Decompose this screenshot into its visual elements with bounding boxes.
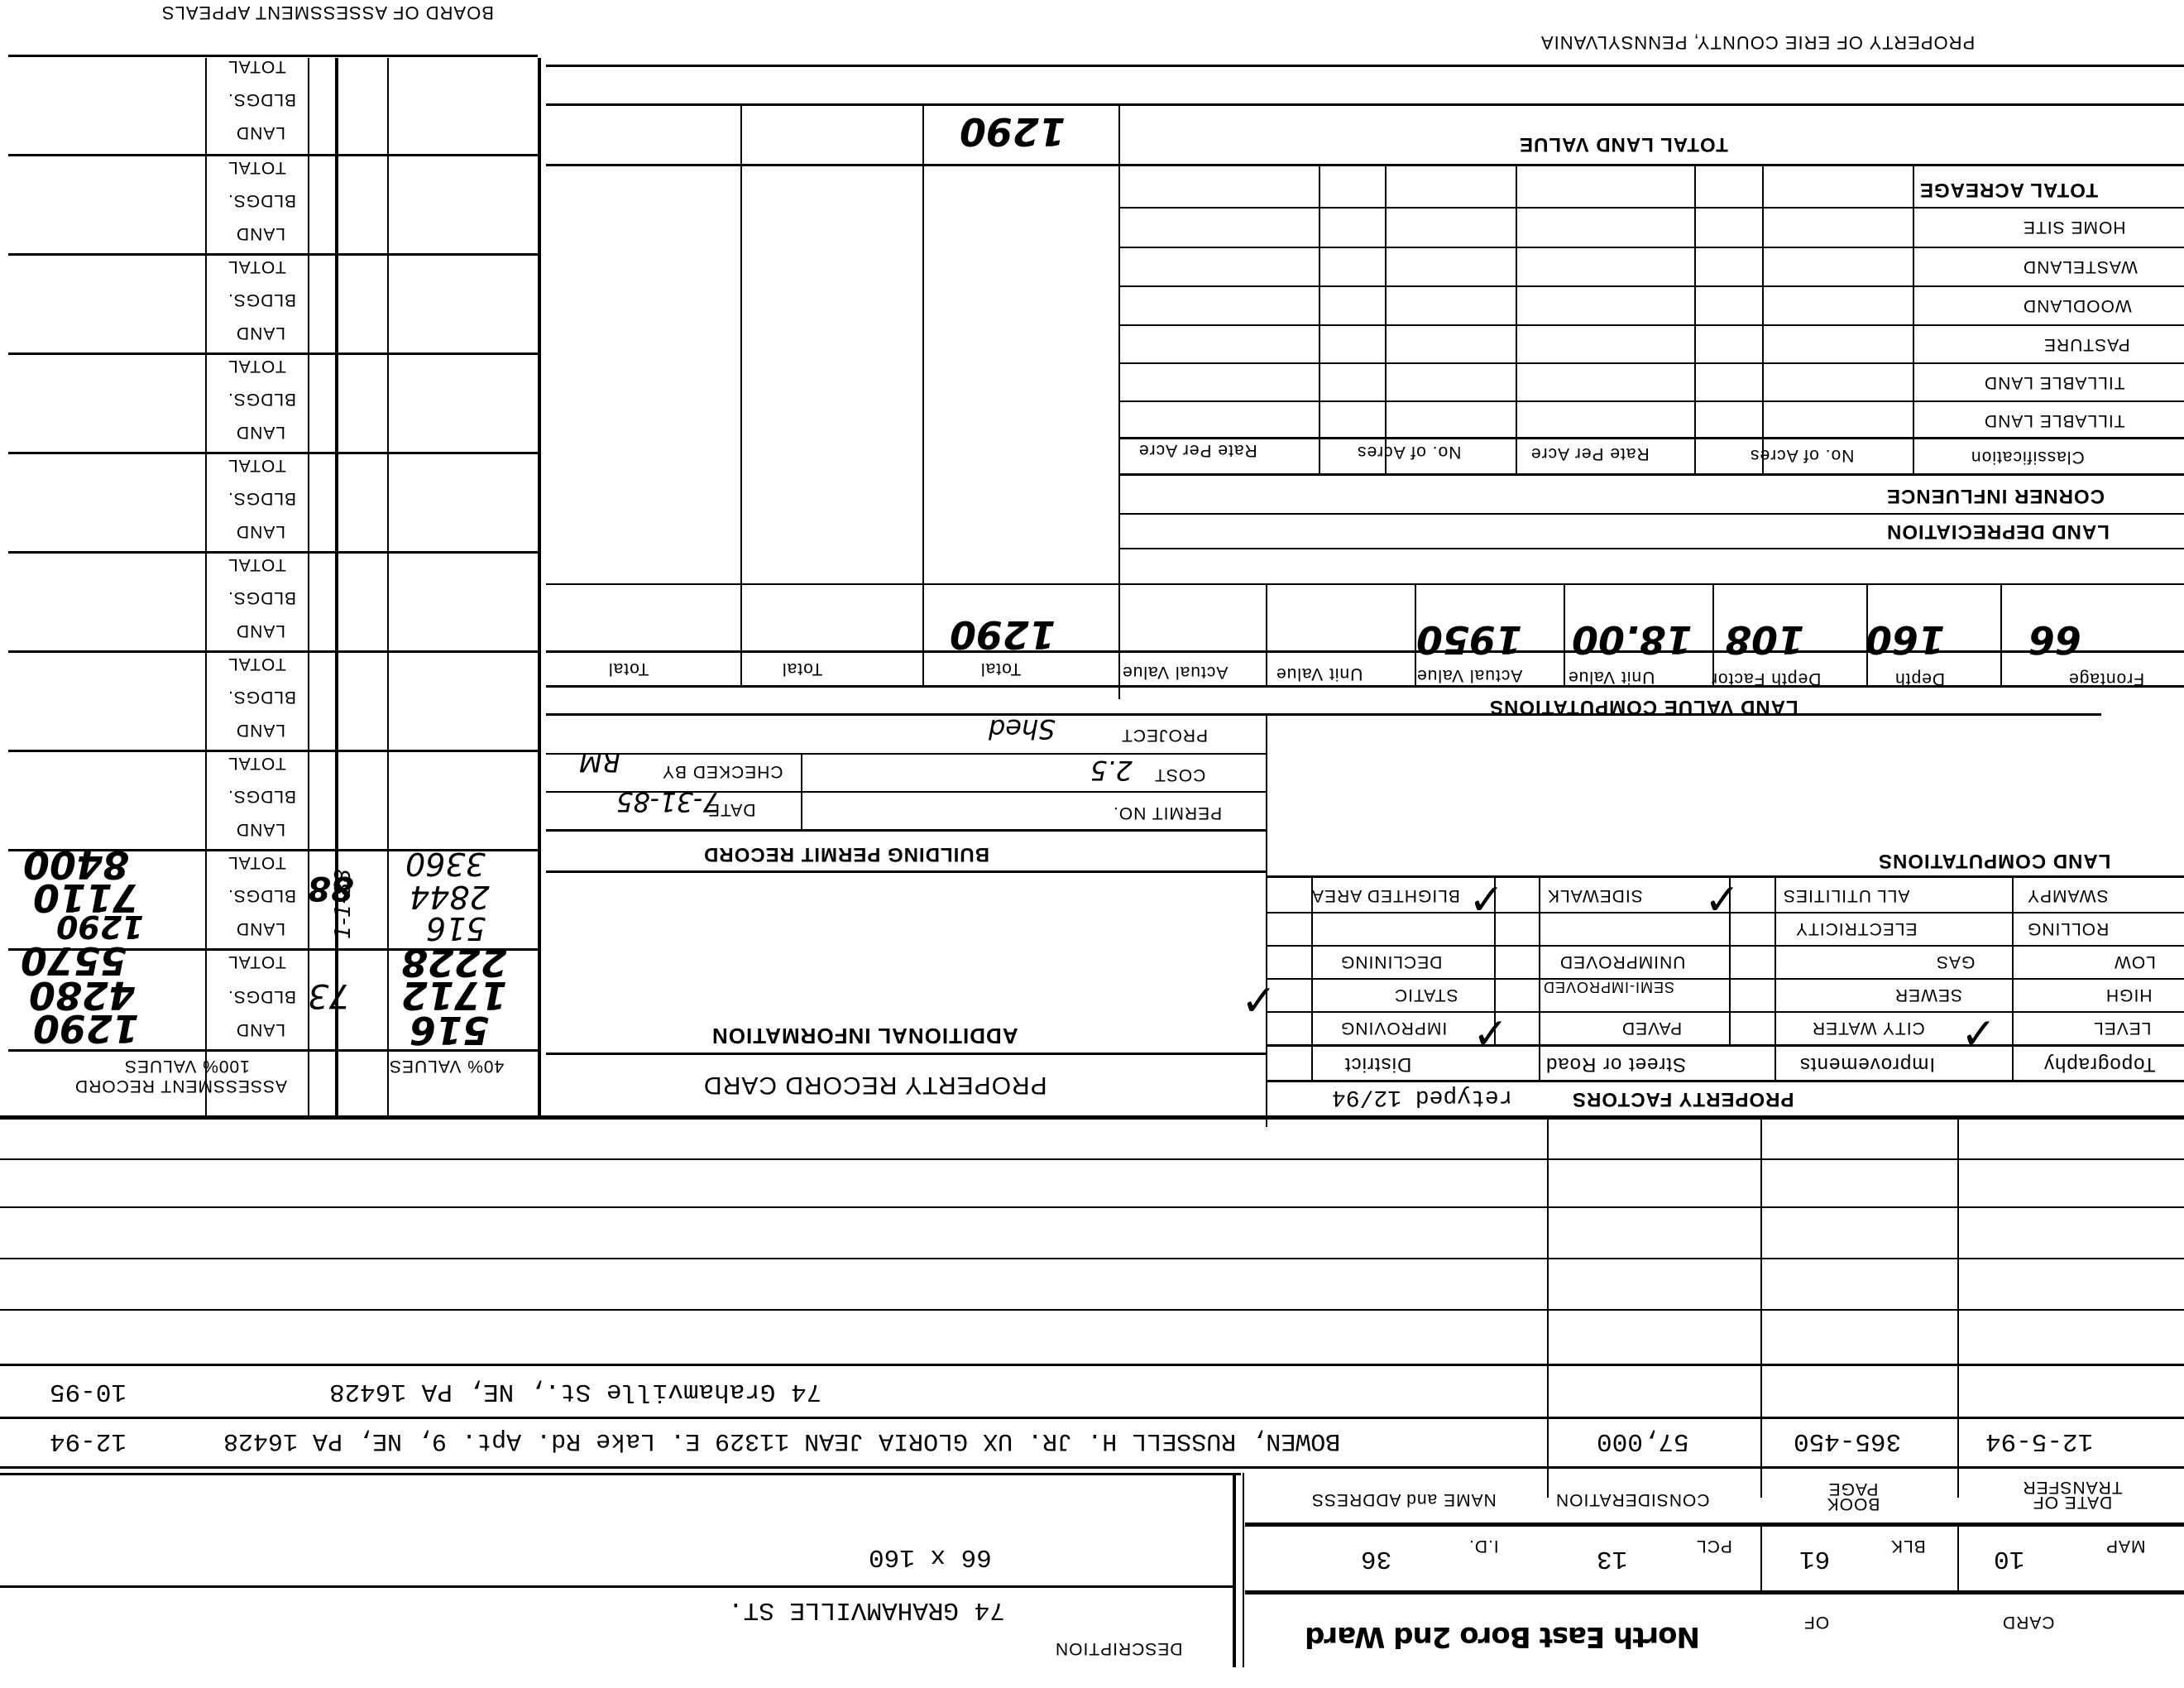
col-rule (1957, 1523, 1959, 1590)
col-rule (2000, 583, 2002, 685)
depth-value: 160 (1865, 617, 1945, 662)
row-land: LAND (236, 720, 285, 740)
col-rule (1516, 164, 1517, 473)
district-static: STATIC (1394, 985, 1458, 1005)
assessment-record-title: ASSESSMENT RECORD (74, 1076, 287, 1096)
row-bldgs: BLDGS. (227, 687, 296, 707)
row-total: TOTAL (227, 753, 286, 773)
of-label: OF (1803, 1612, 1829, 1632)
rule (546, 870, 1266, 873)
impr-electricity: ELECTRICITY (1795, 918, 1918, 938)
row-land: LAND (236, 323, 285, 343)
header-name-and-address: NAME and ADDRESS (1311, 1489, 1497, 1509)
col-rule (801, 753, 802, 829)
transfer-2-date-right: 10-95 (50, 1377, 127, 1406)
total-land-value: 1290 (960, 109, 1066, 154)
transfer-1-name-address: BOWEN, RUSSELL H. JR. UX GLORIA JEAN 113… (223, 1427, 1340, 1455)
rule (546, 713, 2101, 716)
rule (8, 352, 538, 355)
row-total: TOTAL (227, 654, 286, 674)
rule (1118, 285, 2184, 287)
row-bldgs: BLDGS. (227, 587, 296, 607)
id-value: 36 (1361, 1544, 1391, 1573)
rule (8, 750, 538, 752)
land-computations-title: LAND COMPUTATIONS (1878, 849, 2110, 872)
topo-low: LOW (2114, 952, 2156, 971)
description-label: DESCRIPTION (1055, 1638, 1183, 1658)
classification-total-acreage: TOTAL ACREAGE (1919, 178, 2098, 201)
col-rule (740, 103, 742, 685)
row-total: TOTAL (227, 952, 286, 971)
rule (0, 1466, 2184, 1469)
row-bldgs: BLDGS. (227, 986, 296, 1006)
header-total-1: Total (980, 659, 1021, 679)
rule (546, 1053, 1266, 1055)
header-no-of-acres-1: No. of Acres (1750, 445, 1854, 465)
topo-rolling: ROLLING (2027, 918, 2109, 938)
row-total: TOTAL (227, 157, 286, 177)
check-mark-all-utilities: ✓ (1704, 875, 1741, 925)
retyped-note: retyped 12/94 (1332, 1084, 1512, 1110)
rule (8, 650, 538, 653)
header-unit-value-2: Unit Value (1276, 664, 1363, 683)
col-rule (1319, 164, 1320, 473)
total-land-value-label: TOTAL LAND VALUE (1519, 132, 1728, 156)
map-label: MAP (2105, 1536, 2146, 1556)
impr-city-water: CITY WATER (1812, 1018, 1925, 1038)
erie-county-ownership: PROPERTY OF ERIE COUNTY, PENNSYLVANIA (1540, 31, 1975, 53)
col-rule (1866, 583, 1868, 685)
rule (0, 1585, 1233, 1588)
property-record-card-title: PROPERTY RECORD CARD (703, 1071, 1047, 1099)
col-rule (1243, 1473, 1244, 1667)
rule (1266, 978, 2184, 980)
rule (0, 1473, 1241, 1475)
col-rule (1266, 583, 1267, 685)
col-topography: Topography (2043, 1053, 2155, 1076)
impr-gas: GAS (1936, 952, 1975, 971)
actual-value: 1950 (1416, 617, 1522, 662)
col-rule (1760, 1523, 1762, 1590)
assess-88-note: 1-1-88 (331, 869, 356, 939)
rule (8, 452, 538, 454)
unit-value: 18.00 (1572, 617, 1693, 662)
classification-tillable-2: TILLABLE LAND (1984, 410, 2125, 430)
rule (1118, 362, 2184, 364)
rule (0, 1158, 2184, 1160)
check-mark-sidewalk: ✓ (1468, 875, 1505, 925)
col-rule (1547, 1119, 1549, 1498)
assess-year-73: 73 (308, 976, 350, 1014)
header-date-of-transfer: DATE OF TRANSFER (1981, 1479, 2163, 1509)
header-rate-per-acre-2: Rate Per Acre (1138, 440, 1257, 460)
row-bldgs: BLDGS. (227, 190, 296, 210)
rule (8, 253, 538, 256)
rule (546, 685, 2184, 688)
row-land: LAND (236, 1019, 285, 1039)
col-rule (1564, 583, 1565, 685)
rule (1118, 207, 2184, 209)
topo-high: HIGH (2105, 985, 2153, 1005)
card-label: CARD (2002, 1612, 2055, 1632)
additional-information-title: ADDITIONAL INFORMATION (711, 1023, 1018, 1048)
description-dims: 66 x 160 (869, 1542, 992, 1571)
check-mark-static: ✓ (1241, 976, 1277, 1026)
col-rule (205, 58, 207, 1115)
col-rule (1760, 1119, 1762, 1498)
col-rule (1118, 103, 1120, 699)
rule (1118, 437, 2184, 439)
header-actual-value-2: Actual Value (1122, 662, 1228, 682)
header-no-of-acres-2: No. of Acres (1357, 442, 1461, 462)
row-bldgs: BLDGS. (227, 290, 296, 309)
rule (546, 103, 2184, 106)
scanned-card: BOARD OF ASSESSMENT APPEALS PROPERTY OF … (0, 0, 2184, 1688)
row-bldgs: BLDGS. (227, 488, 296, 508)
rule (0, 1258, 2184, 1259)
col-rule (1774, 875, 1776, 1080)
row-bldgs: BLDGS. (227, 885, 296, 905)
row-land: LAND (236, 521, 285, 541)
col-rule (1266, 713, 1267, 1127)
blk-label: BLK (1890, 1536, 1926, 1556)
project-label: PROJECT (1121, 725, 1208, 745)
rule (0, 1417, 2184, 1419)
street-unimproved: UNIMPROVED (1559, 952, 1685, 971)
classification-wasteland: WASTELAND (2023, 257, 2138, 276)
district-declining: DECLINING (1340, 952, 1442, 971)
row-total: TOTAL (227, 257, 286, 276)
district-blighted-area: BLIGHTED AREA (1311, 885, 1460, 905)
row-bldgs: BLDGS. (227, 389, 296, 409)
rule (0, 1115, 2184, 1120)
rule (1118, 324, 2184, 326)
col-rule (335, 58, 338, 1115)
assess-73-land-100: 1290 (33, 1006, 139, 1051)
row-land: LAND (236, 918, 285, 938)
rule (0, 1206, 2184, 1208)
permit-date-value: 7-31-85 (616, 786, 720, 818)
col-rule (2012, 875, 2014, 1080)
row-total: TOTAL (227, 356, 286, 376)
row-land: LAND (236, 223, 285, 243)
col-rule (922, 103, 924, 685)
check-mark-paved: ✓ (1473, 1009, 1509, 1059)
col-rule (1415, 583, 1416, 685)
building-permit-title: BUILDING PERMIT RECORD (703, 842, 989, 866)
transfer-1-date-right: 12-94 (50, 1427, 127, 1455)
project-value: Shed (989, 713, 1056, 745)
col-improvements: Improvements (1799, 1053, 1935, 1076)
rule (0, 1309, 2184, 1311)
rule (546, 164, 2184, 166)
board-of-assessment-appeals: BOARD OF ASSESSMENT APPEALS (161, 2, 494, 23)
col-rule (1539, 875, 1540, 1080)
header-classification: Classification (1971, 447, 2085, 467)
transfer-1-book-page: 365-450 (1794, 1427, 1901, 1455)
street-paved: PAVED (1621, 1018, 1682, 1038)
col-rule (308, 58, 309, 1115)
rule (546, 650, 2184, 653)
impr-sewer: SEWER (1894, 985, 1962, 1005)
classification-woodland: WOODLAND (2023, 295, 2132, 315)
checked-by-value: RM (579, 746, 620, 778)
col-rule (1712, 583, 1714, 685)
classification-pasture: PASTURE (2043, 334, 2130, 354)
header-consideration: CONSIDERATION (1555, 1489, 1709, 1509)
topo-level: LEVEL (2093, 1018, 2151, 1038)
col-rule (387, 58, 389, 1115)
ward-title: North East Boro 2nd Ward (1305, 1620, 1700, 1653)
col-rule (1311, 875, 1313, 1080)
col-rule (1694, 164, 1696, 473)
depth-factor-value: 108 (1725, 617, 1804, 662)
col-rule (538, 58, 541, 1115)
col-rule (1913, 164, 1914, 473)
description-street: 74 GRAHAMVILLE ST. (728, 1595, 1005, 1624)
col-street-or-road: Street or Road (1545, 1053, 1686, 1076)
id-label: I.D. (1468, 1536, 1499, 1556)
rule (1118, 400, 2184, 402)
rule (546, 65, 2184, 67)
values-100-label: 100% VALUES (124, 1056, 250, 1076)
header-actual-value-1: Actual Value (1416, 665, 1522, 685)
blk-value: 61 (1799, 1544, 1830, 1573)
district-improving: IMPROVING (1340, 1018, 1447, 1038)
classification-tillable-1: TILLABLE LAND (1984, 372, 2125, 392)
transfer-1-consideration: 57,000 (1597, 1427, 1689, 1455)
row-land: LAND (236, 621, 285, 640)
rule (1245, 1523, 2184, 1527)
pcl-label: PCL (1696, 1536, 1732, 1556)
header-total-2: Total (782, 659, 822, 679)
header-book-page: BOOK PAGE (1808, 1481, 1899, 1511)
rule (546, 829, 1266, 832)
rule (8, 154, 538, 156)
corner-influence-label: CORNER INFLUENCE (1886, 484, 2105, 507)
rule (8, 551, 538, 554)
header-rate-per-acre-1: Rate Per Acre (1530, 444, 1650, 463)
col-rule (1385, 164, 1387, 473)
cost-value: 2.5 (1090, 755, 1133, 786)
property-factors-title: PROPERTY FACTORS (1572, 1087, 1794, 1110)
header-unit-value-1: Unit Value (1568, 667, 1655, 687)
rule (0, 1364, 2184, 1366)
rule (1266, 1080, 2184, 1082)
transfer-2-address: 74 Grahamville St., NE, PA 16428 (329, 1377, 821, 1406)
map-value: 10 (1994, 1544, 2024, 1573)
col-rule (1957, 1119, 1959, 1498)
rule (1245, 1590, 2184, 1594)
check-mark-level: ✓ (1961, 1009, 1997, 1059)
header-total-3: Total (608, 659, 649, 679)
rule (8, 55, 538, 57)
col-district: District (1344, 1053, 1411, 1076)
impr-all-utilities: ALL UTILITIES (1783, 885, 1909, 905)
rule (546, 583, 2184, 585)
rule (1266, 1011, 2184, 1013)
row-total: TOTAL (227, 852, 286, 872)
transfer-1-date: 12-5-94 (1985, 1427, 2093, 1455)
rule (1118, 247, 2184, 248)
col-rule (1233, 1473, 1236, 1667)
classification-home-site: HOME SITE (2023, 217, 2126, 237)
topo-swampy: SWAMPY (2027, 885, 2109, 905)
values-40-label: 40% VALUES (389, 1056, 504, 1076)
assess-73-land-40: 516 (409, 1008, 489, 1053)
street-sidewalk: SIDEWALK (1547, 885, 1643, 905)
row-total: TOTAL (227, 554, 286, 574)
rule (1118, 513, 2184, 515)
assess-88-total-40: 3360 (405, 846, 486, 882)
row-land: LAND (236, 122, 285, 142)
street-semi-improved: SEMI-IMPROVED (1543, 978, 1674, 995)
row-land: LAND (236, 819, 285, 839)
land-depreciation-label: LAND DEPRECIATION (1886, 520, 2110, 543)
permit-no-label: PERMIT NO. (1113, 803, 1222, 822)
frontage-value: 66 (2028, 617, 2081, 662)
col-rule (1762, 164, 1764, 473)
row-land: LAND (236, 422, 285, 442)
row-bldgs: BLDGS. (227, 89, 296, 109)
rule (1118, 548, 2184, 549)
pcl-value: 13 (1597, 1544, 1627, 1573)
rule (1118, 473, 2184, 476)
row-total: TOTAL (227, 56, 286, 76)
cost-label: COST (1154, 765, 1205, 784)
rule (1266, 1044, 2184, 1047)
row-total: TOTAL (227, 455, 286, 475)
row-bldgs: BLDGS. (227, 786, 296, 806)
rule (546, 753, 1266, 755)
checked-by-label: CHECKED BY (662, 761, 783, 781)
rule (1266, 945, 2184, 947)
